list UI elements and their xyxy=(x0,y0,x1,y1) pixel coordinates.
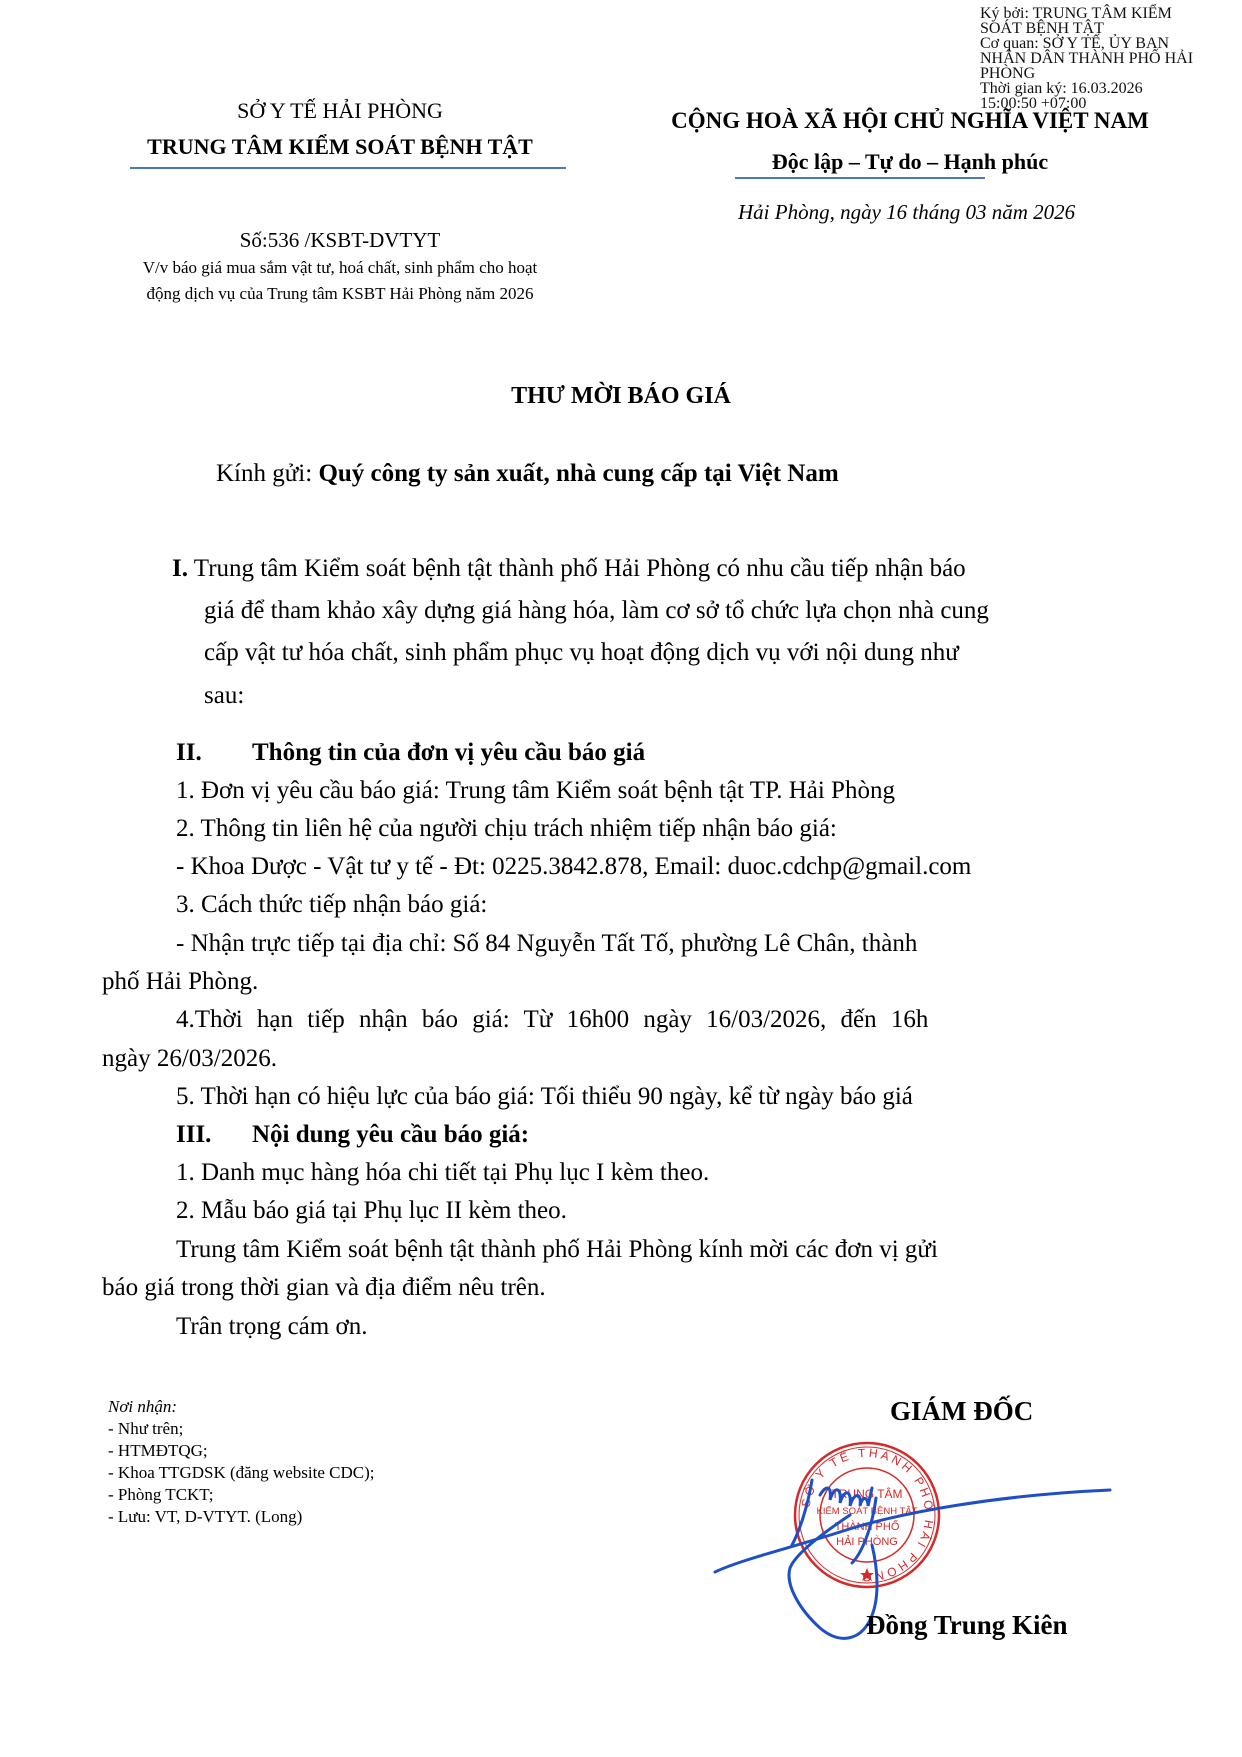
section-2-contact: - Khoa Dược - Vật tư y tế - Đt: 0225.384… xyxy=(176,847,971,886)
recipient-item: - Khoa TTGDSK (đăng website CDC); xyxy=(108,1462,374,1484)
section-3-item-1: 1. Danh mục hàng hóa chi tiết tại Phụ lụ… xyxy=(176,1153,709,1192)
organization-name: TRUNG TÂM KIỂM SOÁT BỆNH TẬT xyxy=(100,134,580,160)
greeting-prefix: Kính gửi: xyxy=(216,460,318,487)
document-number: Số:536 /KSBT-DVTYT xyxy=(100,228,580,253)
recipients-label: Nơi nhận: xyxy=(108,1396,374,1418)
section-3-item-2: 2. Mẫu báo giá tại Phụ lục II kèm theo. xyxy=(176,1191,567,1230)
section-1-line-2: giá để tham khảo xây dựng giá hàng hóa, … xyxy=(204,591,989,630)
section-2-item-5: 5. Thời hạn có hiệu lực của báo giá: Tối… xyxy=(176,1077,913,1116)
sig-line: Thời gian ký: 16.03.2026 xyxy=(980,81,1190,96)
sig-line: NHÂN DÂN THÀNH PHỐ HẢI xyxy=(980,51,1190,66)
greeting: Kính gửi: Quý công ty sản xuất, nhà cung… xyxy=(216,460,839,488)
country-name: CỘNG HOÀ XÃ HỘI CHỦ NGHĨA VIỆT NAM xyxy=(610,108,1210,134)
date-line: Hải Phòng, ngày 16 tháng 03 năm 2026 xyxy=(738,200,1075,225)
recipients-block: Nơi nhận: - Như trên; - HTMĐTQG; - Khoa … xyxy=(108,1396,374,1528)
department-name: SỞ Y TẾ HẢI PHÒNG xyxy=(100,98,580,124)
sig-line: Cơ quan: SỞ Y TẾ, ỦY BAN xyxy=(980,36,1190,51)
section-2-item-1: 1. Đơn vị yêu cầu báo giá: Trung tâm Kiể… xyxy=(176,771,895,810)
subject-line-1: V/v báo giá mua sắm vật tư, hoá chất, si… xyxy=(90,258,590,278)
director-title: GIÁM ĐỐC xyxy=(890,1396,1033,1427)
thanks-line: Trân trọng cám ơn. xyxy=(176,1307,367,1346)
subject-line-2: động dịch vụ của Trung tâm KSBT Hải Phòn… xyxy=(90,284,590,304)
section-1-numeral: I. xyxy=(172,555,188,582)
digital-signature-info: Ký bởi: TRUNG TÂM KIỂM SOÁT BỆNH TẬT Cơ … xyxy=(980,6,1190,111)
sig-line: Ký bởi: TRUNG TÂM KIỂM xyxy=(980,6,1190,21)
document-title: THƯ MỜI BÁO GIÁ xyxy=(0,383,1242,410)
section-2-address-2: phố Hải Phòng. xyxy=(102,962,258,1001)
section-3-closing-2: báo giá trong thời gian và địa điểm nêu … xyxy=(102,1268,546,1307)
section-2-item-2: 2. Thông tin liên hệ của người chịu trác… xyxy=(176,809,837,848)
section-2-item-4-line-2: ngày 26/03/2026. xyxy=(102,1039,277,1078)
recipient-item: - Lưu: VT, D-VTYT. (Long) xyxy=(108,1506,374,1528)
section-2-item-4-line-1: 4.Thời hạn tiếp nhận báo giá: Từ 16h00 n… xyxy=(176,1000,1036,1039)
section-1-line-1: I. Trung tâm Kiểm soát bệnh tật thành ph… xyxy=(172,549,966,588)
section-3-closing-1: Trung tâm Kiểm soát bệnh tật thành phố H… xyxy=(176,1230,938,1269)
sig-line: SOÁT BỆNH TẬT xyxy=(980,21,1190,36)
section-3-numeral: III. xyxy=(176,1115,211,1154)
signer-name: Đồng Trung Kiên xyxy=(866,1610,1068,1641)
sig-line: PHÒNG xyxy=(980,66,1190,81)
greeting-recipient: Quý công ty sản xuất, nhà cung cấp tại V… xyxy=(318,460,838,487)
section-2-address-1: - Nhận trực tiếp tại địa chỉ: Số 84 Nguy… xyxy=(176,924,917,963)
motto-underline xyxy=(735,177,985,179)
recipient-item: - Như trên; xyxy=(108,1418,374,1440)
section-1-line-3: cấp vật tư hóa chất, sinh phẩm phục vụ h… xyxy=(204,633,959,672)
section-3-heading: Nội dung yêu cầu báo giá: xyxy=(252,1115,529,1154)
section-2-heading: Thông tin của đơn vị yêu cầu báo giá xyxy=(252,733,645,772)
organization-underline xyxy=(130,167,566,169)
section-2-numeral: II. xyxy=(176,733,202,772)
recipient-item: - Phòng TCKT; xyxy=(108,1484,374,1506)
section-1-line-4: sau: xyxy=(204,676,244,715)
recipient-item: - HTMĐTQG; xyxy=(108,1440,374,1462)
motto: Độc lập – Tự do – Hạnh phúc xyxy=(610,149,1210,175)
section-2-item-3: 3. Cách thức tiếp nhận báo giá: xyxy=(176,885,487,924)
